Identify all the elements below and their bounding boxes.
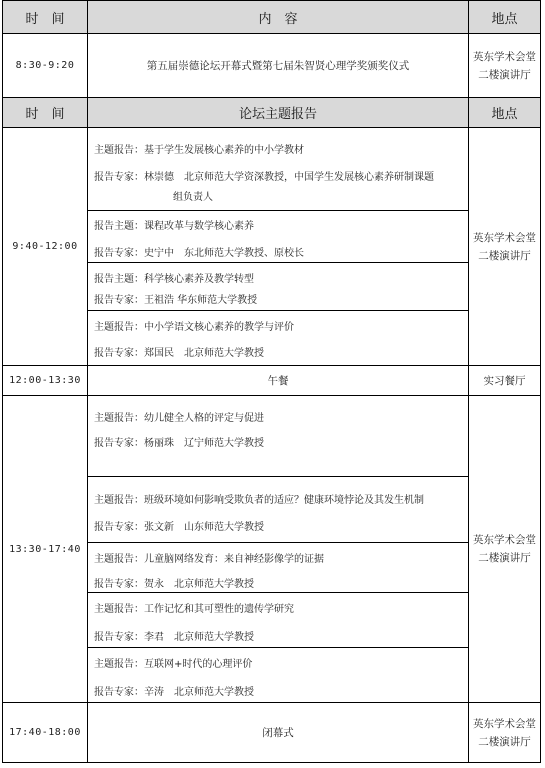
talk-topic: 主题报告：工作记忆和其可塑性的遗传学研究: [94, 600, 294, 615]
talk-speaker: 报告专家：李君 北京师范大学教授: [94, 628, 254, 643]
talk-topic: 报告主题：课程改革与数学核心素养: [94, 217, 254, 232]
talk-topic: 主题报告：儿童脑网络发育：来自神经影像学的证据: [94, 550, 324, 565]
talk-speaker: 报告专家：史宁中 东北师范大学教授、原校长: [94, 244, 304, 259]
talk-topic: 主题报告：基于学生发展核心素养的中小学教材: [94, 141, 304, 156]
talk-speaker: 报告专家：郑国民 北京师范大学教授: [94, 344, 264, 359]
afternoon-talk-4: 主题报告：工作记忆和其可塑性的遗传学研究 报告专家：李君 北京师范大学教授: [87, 592, 469, 648]
talk-topic: 报告主题：科学核心素养及教学转型: [94, 270, 254, 285]
header-content: 内 容: [87, 0, 469, 34]
opening-venue: 英东学术会堂二楼演讲厅: [468, 33, 541, 98]
header-time: 时 间: [2, 0, 88, 34]
morning-talk-1: 主题报告：基于学生发展核心素养的中小学教材 报告专家：林崇德 北京师范大学资深教…: [87, 127, 469, 211]
lunch-content: 午餐: [87, 365, 469, 396]
talk-speaker: 报告专家：杨丽珠 辽宁师范大学教授: [94, 434, 264, 449]
closing-content: 闭幕式: [87, 702, 469, 763]
talk-speaker: 报告专家：王祖浩 华东师范大学教授: [94, 291, 257, 306]
talk-topic: 主题报告：互联网+时代的心理评价: [94, 655, 252, 670]
afternoon-talk-1: 主题报告：幼儿健全人格的评定与促进 报告专家：杨丽珠 辽宁师范大学教授: [87, 395, 469, 477]
afternoon-talk-2: 主题报告：班级环境如何影响受欺负者的适应？健康环境悖论及其发生机制 报告专家：张…: [87, 476, 469, 543]
subheader-content: 论坛主题报告: [87, 97, 469, 128]
header-venue: 地点: [468, 0, 541, 34]
subheader-venue: 地点: [468, 97, 541, 128]
talk-speaker: 报告专家：辛涛 北京师范大学教授: [94, 683, 254, 698]
talk-speaker: 报告专家：林崇德 北京师范大学资深教授，中国学生发展核心素养研制课题: [94, 168, 434, 183]
schedule-table: 时 间 内 容 地点 8:30-9:20 第五届崇德论坛开幕式暨第七届朱智贤心理…: [2, 0, 541, 763]
opening-content: 第五届崇德论坛开幕式暨第七届朱智贤心理学奖颁奖仪式: [87, 33, 469, 98]
afternoon-time: 13:30-17:40: [2, 395, 88, 703]
afternoon-talk-3: 主题报告：儿童脑网络发育：来自神经影像学的证据 报告专家：贺永 北京师范大学教授: [87, 542, 469, 593]
opening-time: 8:30-9:20: [2, 33, 88, 98]
lunch-venue: 实习餐厅: [468, 365, 541, 396]
closing-venue: 英东学术会堂二楼演讲厅: [468, 702, 541, 763]
morning-venue: 英东学术会堂二楼演讲厅: [468, 127, 541, 366]
lunch-time: 12:00-13:30: [2, 365, 88, 396]
afternoon-venue: 英东学术会堂二楼演讲厅: [468, 395, 541, 703]
talk-speaker: 报告专家：贺永 北京师范大学教授: [94, 575, 254, 590]
morning-time: 9:40-12:00: [2, 127, 88, 366]
talk-speaker-continued: 组负责人: [173, 188, 213, 203]
closing-time: 17:40-18:00: [2, 702, 88, 763]
subheader-time: 时 间: [2, 97, 88, 128]
talk-speaker: 报告专家：张文新 山东师范大学教授: [94, 518, 264, 533]
morning-talk-2: 报告主题：课程改革与数学核心素养 报告专家：史宁中 东北师范大学教授、原校长: [87, 210, 469, 263]
talk-topic: 主题报告：中小学语文核心素养的教学与评价: [94, 318, 294, 333]
talk-topic: 主题报告：班级环境如何影响受欺负者的适应？健康环境悖论及其发生机制: [94, 491, 424, 506]
talk-topic: 主题报告：幼儿健全人格的评定与促进: [94, 409, 264, 424]
morning-talk-3: 报告主题：科学核心素养及教学转型 报告专家：王祖浩 华东师范大学教授: [87, 262, 469, 311]
afternoon-talk-5: 主题报告：互联网+时代的心理评价 报告专家：辛涛 北京师范大学教授: [87, 647, 469, 703]
morning-talk-4: 主题报告：中小学语文核心素养的教学与评价 报告专家：郑国民 北京师范大学教授: [87, 310, 469, 366]
